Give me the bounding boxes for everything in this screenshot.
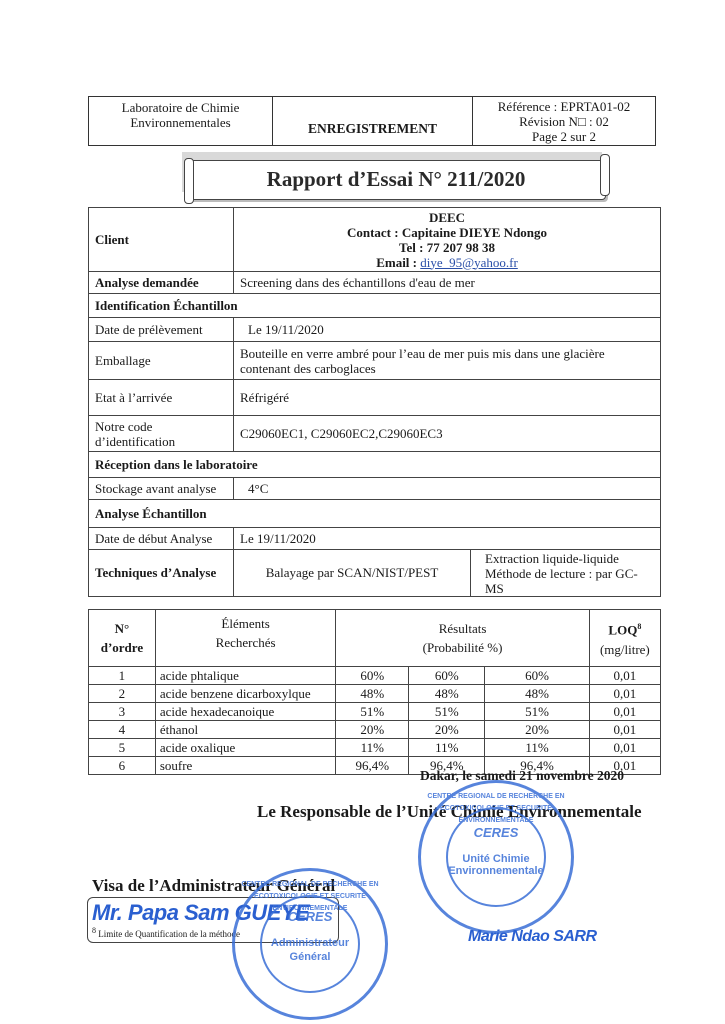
results-header-line-1: Résultats [340,619,584,638]
element-name: éthanol [155,721,336,739]
result-sample-1: 48% [336,685,409,703]
result-sample-1: 96,4% [336,757,409,775]
stamp-administrateur: CENTRE REGIONAL DE RECHERCHE EN ECOTOXIC… [232,868,388,1020]
analyse-echantillon-heading-row: Analyse Échantillon [89,500,661,528]
identification-row: Notre code d’identification C29060EC1, C… [89,416,661,452]
element-name: acide phtalique [155,667,336,685]
lab-name-line-2: Environnementales [89,115,272,130]
element-name: acide benzene dicarboxylque [155,685,336,703]
email-label: Email : [376,255,420,270]
loq-value: 0,01 [589,667,660,685]
reference: Référence : EPRTA01-02 [473,99,655,114]
result-sample-3: 48% [485,685,589,703]
row-value: Le 19/11/2020 [234,528,661,550]
lab-name: Laboratoire de Chimie Environnementales [89,97,273,145]
analyse-demandee-row: Analyse demandée Screening dans des écha… [89,272,661,294]
place-date: Dakar, le samedi 21 novembre 2020 [420,768,624,784]
order-number: 4 [89,721,156,739]
techniques-row: Techniques d’Analyse Balayage par SCAN/N… [89,550,661,597]
identification-row: Date de prélèvement Le 19/11/2020 [89,318,661,342]
loq-value: 0,01 [589,685,660,703]
row-label: Etat à l’arrivée [89,380,234,416]
row-value: Bouteille en verre ambré pour l’eau de m… [234,342,661,380]
elements-header-line-2: Recherchés [160,633,332,652]
order-header: N° d’ordre [89,610,156,667]
doc-type: ENREGISTREMENT [273,97,473,145]
result-sample-3: 51% [485,703,589,721]
loq-label: LOQ [608,623,637,638]
identification-heading-row: Identification Échantillon [89,294,661,318]
result-row: 5acide oxalique11%11%11%0,01 [89,739,661,757]
analyse-demandee-label: Analyse demandée [89,272,234,294]
row-value: C29060EC1, C29060EC2,C29060EC3 [234,416,661,452]
reception-heading: Réception dans le laboratoire [89,452,661,478]
result-sample-3: 11% [485,739,589,757]
row-value: Réfrigéré [234,380,661,416]
techniques-label: Techniques d’Analyse [89,550,234,597]
stamp-logo: CERES [235,911,385,923]
page-number: Page 2 sur 2 [473,129,655,144]
result-row: 3acide hexadecanoique51%51%51%0,01 [89,703,661,721]
row-label: Notre code d’identification [89,416,234,452]
loq-header: LOQ8 (mg/litre) [589,610,660,667]
document-header: Laboratoire de Chimie Environnementales … [88,96,656,146]
row-label: Date de prélèvement [89,318,234,342]
result-sample-2: 60% [409,667,485,685]
result-sample-1: 60% [336,667,409,685]
result-sample-2: 20% [409,721,485,739]
stamp-label-2: Environnementale [421,865,571,877]
elements-header-line-1: Éléments [160,614,332,633]
client-row: Client DEEC Contact : Capitaine DIEYE Nd… [89,208,661,272]
loq-value: 0,01 [589,703,660,721]
order-number: 6 [89,757,156,775]
identification-row: Etat à l’arrivée Réfrigéré [89,380,661,416]
loq-value: 0,01 [589,721,660,739]
method-value: Extraction liquide-liquide Méthode de le… [471,550,660,596]
elements-header: Éléments Recherchés [155,610,336,667]
element-name: acide hexadecanoique [155,703,336,721]
email-link[interactable]: diye_95@yahoo.fr [420,255,518,270]
element-name: soufre [155,757,336,775]
result-row: 4éthanol20%20%20%0,01 [89,721,661,739]
loq-footnote-ref: 8 [637,622,641,631]
client-tel: Tel : 77 207 98 38 [240,240,654,255]
lab-name-line-1: Laboratoire de Chimie [89,100,272,115]
doc-reference-block: Référence : EPRTA01-02 Révision N□ : 02 … [473,97,655,145]
report-title: Rapport d’Essai N° 211/2020 [188,160,604,198]
client-label: Client [89,208,234,272]
reception-heading-row: Réception dans le laboratoire [89,452,661,478]
order-header-line-2: d’ordre [93,638,151,657]
client-name: DEEC [240,210,654,225]
loq-value: 0,01 [589,739,660,757]
technique-value: Balayage par SCAN/NIST/PEST [234,550,471,596]
client-details: DEEC Contact : Capitaine DIEYE Ndongo Te… [234,208,661,272]
result-sample-1: 11% [336,739,409,757]
row-label: Date de début Analyse [89,528,234,550]
results-header-row: N° d’ordre Éléments Recherchés Résultats… [89,610,661,667]
stamp-label-1: Administrateur [235,937,385,949]
footnote: 8 Limite de Quantification de la méthode [92,926,240,939]
row-label: Emballage [89,342,234,380]
result-row: 1acide phtalique60%60%60%0,01 [89,667,661,685]
revision: Révision N□ : 02 [473,114,655,129]
order-header-line-1: N° [93,619,151,638]
stamp-label-1: Unité Chimie [421,853,571,865]
techniques-split: Balayage par SCAN/NIST/PEST Extraction l… [234,550,660,596]
stamp-logo: CERES [421,827,571,839]
element-name: acide oxalique [155,739,336,757]
techniques-cell: Balayage par SCAN/NIST/PEST Extraction l… [234,550,661,597]
result-row: 2acide benzene dicarboxylque48%48%48%0,0… [89,685,661,703]
analyse-echantillon-heading: Analyse Échantillon [89,500,661,528]
client-contact: Contact : Capitaine DIEYE Ndongo [240,225,654,240]
order-number: 1 [89,667,156,685]
client-email-line: Email : diye_95@yahoo.fr [240,255,654,270]
result-sample-3: 20% [485,721,589,739]
results-body: 1acide phtalique60%60%60%0,012acide benz… [89,667,661,775]
identification-heading: Identification Échantillon [89,294,661,318]
loq-header-line-1: LOQ8 [594,617,656,639]
info-table: Client DEEC Contact : Capitaine DIEYE Nd… [88,207,661,597]
analyse-demandee-value: Screening dans des échantillons d'eau de… [234,272,661,294]
footnote-ref: 8 [92,926,96,935]
identification-row: Emballage Bouteille en verre ambré pour … [89,342,661,380]
results-header: Résultats (Probabilité %) [336,610,589,667]
stamp-ring-text: CENTRE REGIONAL DE RECHERCHE EN ECOTOXIC… [421,791,571,827]
row-value: Le 19/11/2020 [234,318,661,342]
result-sample-1: 20% [336,721,409,739]
analyse-date-row: Date de début Analyse Le 19/11/2020 [89,528,661,550]
result-sample-2: 48% [409,685,485,703]
result-sample-2: 11% [409,739,485,757]
stamp-unite-chimie: CENTRE REGIONAL DE RECHERCHE EN ECOTOXIC… [418,780,574,934]
signature-responsable: Marie Ndao SARR [468,928,597,946]
order-number: 3 [89,703,156,721]
result-sample-2: 51% [409,703,485,721]
loq-unit: (mg/litre) [594,640,656,659]
result-sample-3: 60% [485,667,589,685]
reception-row: Stockage avant analyse 4°C [89,478,661,500]
footnote-text: Limite de Quantification de la méthode [98,929,240,939]
row-label: Stockage avant analyse [89,478,234,500]
order-number: 5 [89,739,156,757]
result-sample-1: 51% [336,703,409,721]
row-value: 4°C [234,478,661,500]
results-header-line-2: (Probabilité %) [340,638,584,657]
order-number: 2 [89,685,156,703]
results-table: N° d’ordre Éléments Recherchés Résultats… [88,609,661,775]
stamp-label-2: Général [235,951,385,963]
